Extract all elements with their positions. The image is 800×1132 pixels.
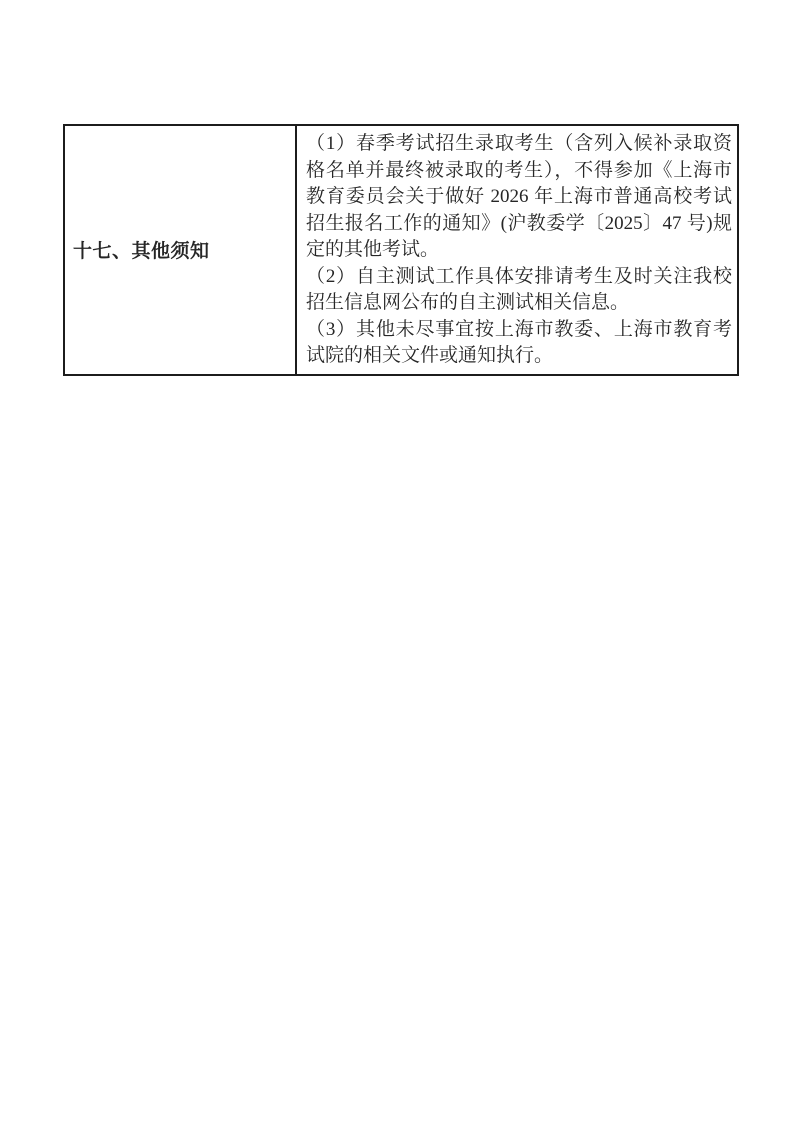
document-page: 十七、其他须知 （1）春季考试招生录取考生（含列入候补录取资格名单并最终被录取的…: [0, 0, 800, 1132]
note-paragraph-1: （1）春季考试招生录取考生（含列入候补录取资格名单并最终被录取的考生），不得参加…: [306, 131, 732, 264]
note-paragraph-2: （2）自主测试工作具体安排请考生及时关注我校招生信息网公布的自主测试相关信息。: [306, 264, 732, 317]
note-paragraph-3: （3）其他未尽事宜按上海市教委、上海市教育考试院的相关文件或通知执行。: [306, 317, 732, 370]
notice-table: 十七、其他须知 （1）春季考试招生录取考生（含列入候补录取资格名单并最终被录取的…: [63, 124, 739, 376]
row-body-cell: （1）春季考试招生录取考生（含列入候补录取资格名单并最终被录取的考生），不得参加…: [296, 125, 738, 375]
row-header-label: 十七、其他须知: [73, 241, 210, 262]
table-row: 十七、其他须知 （1）春季考试招生录取考生（含列入候补录取资格名单并最终被录取的…: [64, 125, 738, 375]
row-header-cell: 十七、其他须知: [64, 125, 296, 375]
